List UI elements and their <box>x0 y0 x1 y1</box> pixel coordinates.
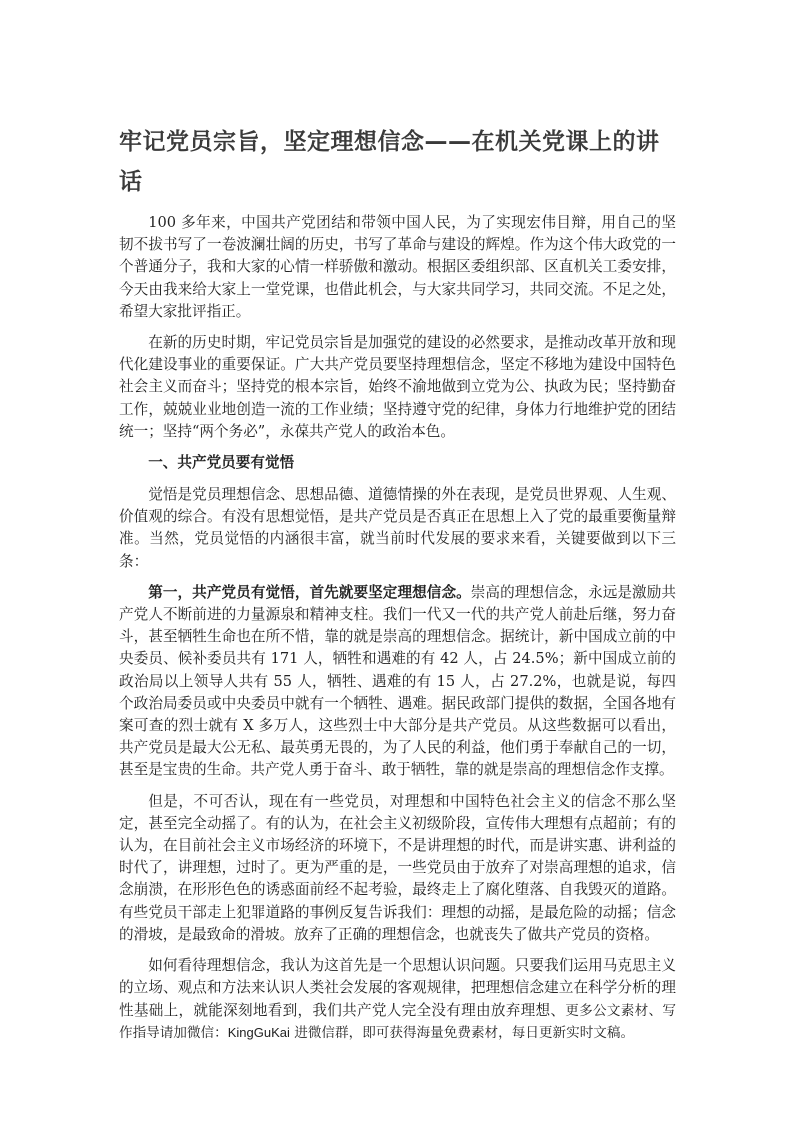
footer-note-after: 进微信群，即可获得海量免费素材，每日更新实时文稿。 <box>290 1025 634 1041</box>
document-page: 牢记党员宗旨，坚定理想信念——在机关党课上的讲话 100 多年来，中国共产党团结… <box>119 122 676 1044</box>
paragraph-awareness-intro: 觉悟是党员理想信念、思想品德、道德情操的外在表现，是党员世界观、人生观、价值观的… <box>119 484 676 573</box>
wechat-id: KingGuKai <box>228 1025 290 1040</box>
section-heading-1: 一、共产党员要有觉悟 <box>119 452 676 474</box>
paragraph-new-era: 在新的历史时期，牢记党员宗旨是加强党的建设的必然要求，是推动改革开放和现代化建设… <box>119 332 676 443</box>
point-1-lead: 第一，共产党员有觉悟，首先就要坚定理想信念。 <box>148 584 471 601</box>
paragraph-how-to-view: 如何看待理想信念，我认为这首先是一个思想认识问题。只要我们运用马克思主义的立场、… <box>119 955 676 1044</box>
paragraph-opening: 100 多年来，中国共产党团结和带领中国人民，为了实现宏伟目辩，用自己的坚韧不拔… <box>119 212 676 323</box>
paragraph-however: 但是，不可否认，现在有一些党员，对理想和中国特色社会主义的信念不那么坚定，甚至完… <box>119 791 676 946</box>
paragraph-point-1: 第一，共产党员有觉悟，首先就要坚定理想信念。崇高的理想信念，永远是激励共产党人不… <box>119 582 676 782</box>
document-title: 牢记党员宗旨，坚定理想信念——在机关党课上的讲话 <box>119 122 676 202</box>
point-1-body: 崇高的理想信念，永远是激励共产党人不断前进的力量源泉和精神支柱。我们一代又一代的… <box>119 584 676 779</box>
